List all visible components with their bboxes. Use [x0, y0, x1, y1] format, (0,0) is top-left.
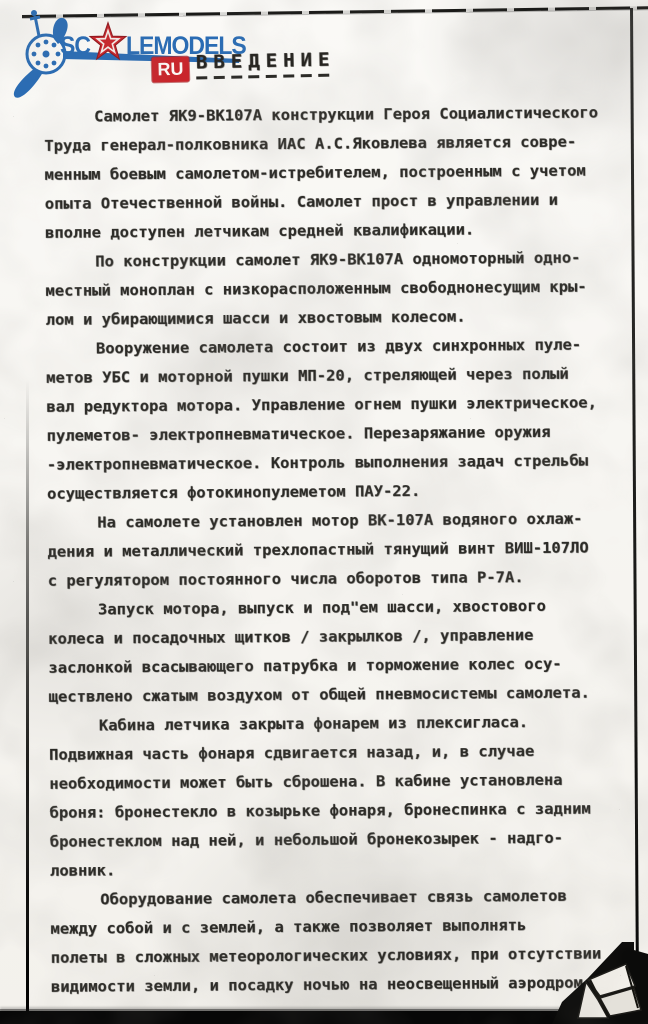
text-line: пулеметов- электропневматическое. Переза…	[33, 417, 608, 451]
ru-badge: RU	[152, 57, 190, 83]
text-line: заслонкой всасывающего патрубка и тормож…	[34, 649, 609, 683]
title-text: ВВЕДЕНИЕ	[196, 49, 336, 74]
scan-left-border	[26, 380, 29, 1014]
text-line: ществлено сжатым воздухом от общей пневм…	[35, 678, 610, 712]
text-line: На самолете установлен мотор ВК-107А вод…	[33, 504, 608, 538]
text-line: местный моноплан с низкорасположенным св…	[31, 272, 606, 306]
text-line: менным боевым самолетом-истребителем, по…	[30, 156, 605, 190]
text-line: с регулятором постоянного числа оборотов…	[34, 562, 609, 596]
text-line: Подвижная часть фонаря сдвигается назад,…	[35, 736, 610, 770]
paragraph: На самолете установлен мотор ВК-107А вод…	[33, 504, 609, 596]
text-line: ловник.	[36, 852, 611, 886]
body-text: Самолет ЯК9-ВК107А конструкции Героя Соц…	[30, 98, 612, 1001]
text-line: лом и убирающимися шасси и хвостовым кол…	[32, 301, 607, 335]
text-line: колеса и посадочных щитков / закрылков /…	[34, 620, 609, 654]
text-line: Оборудование самолета обеспечивает связь…	[36, 881, 611, 915]
paragraph: По конструкции самолет ЯК9-ВК107А одномо…	[31, 243, 607, 335]
text-line: Запуск мотора, выпуск и под"ем шасси, хв…	[34, 591, 609, 625]
text-line: бронестеклом над ней, и небольшой бронек…	[36, 823, 611, 857]
brand-text-start: SC	[60, 31, 90, 59]
text-line: По конструкции самолет ЯК9-ВК107А одномо…	[31, 243, 606, 277]
scanned-page: SC LEMODELS RU ВВЕДЕНИЕ Самолет ЯК9-ВК10…	[0, 0, 648, 1024]
text-line: видимости земли, и посадку ночью на неос…	[37, 968, 612, 1002]
text-line: вполне доступен летчикам средней квалифи…	[31, 214, 606, 248]
text-line: осуществляется фотокинопулеметом ПАУ-22.	[33, 475, 608, 509]
text-line: вал редуктора мотора. Управление огнем п…	[32, 388, 607, 422]
text-line: полеты в сложных метеорологических услов…	[37, 939, 612, 973]
text-line: между собой и с землей, а также позволяе…	[36, 910, 611, 944]
text-line: броня: бронестекло в козырьке фонаря, бр…	[35, 794, 610, 828]
scan-bottom-bar	[0, 1011, 648, 1024]
text-line: Самолет ЯК9-ВК107А конструкции Героя Соц…	[30, 98, 605, 132]
text-line: дения и металлический трехлопастный тяну…	[33, 533, 608, 567]
text-line: Труда генерал-полковника ИАС А.С.Яковлев…	[30, 127, 605, 161]
text-line: Вооружение самолета состоит из двух синх…	[32, 330, 607, 364]
star-icon	[88, 20, 128, 63]
text-line: необходимости может быть сброшена. В каб…	[35, 765, 610, 799]
text-line: опыта Отечественной войны. Самолет прост…	[31, 185, 606, 219]
paragraph: Кабина летчика закрыта фонарем из плекси…	[35, 707, 611, 886]
title-underline	[196, 74, 334, 80]
text-line: метов УБС и моторной пушки МП-20, стреля…	[32, 359, 607, 393]
document-title: ВВЕДЕНИЕ	[196, 49, 336, 80]
scan-right-border	[630, 8, 639, 1014]
paragraph: Вооружение самолета состоит из двух синх…	[32, 330, 608, 509]
paragraph: Оборудование самолета обеспечивает связь…	[36, 881, 612, 1002]
paragraph: Самолет ЯК9-ВК107А конструкции Героя Соц…	[30, 98, 606, 248]
paragraph: Запуск мотора, выпуск и под"ем шасси, хв…	[34, 591, 610, 712]
text-line: Кабина летчика закрыта фонарем из плекси…	[35, 707, 610, 741]
text-line: -электропневматическое. Контроль выполне…	[33, 446, 608, 480]
